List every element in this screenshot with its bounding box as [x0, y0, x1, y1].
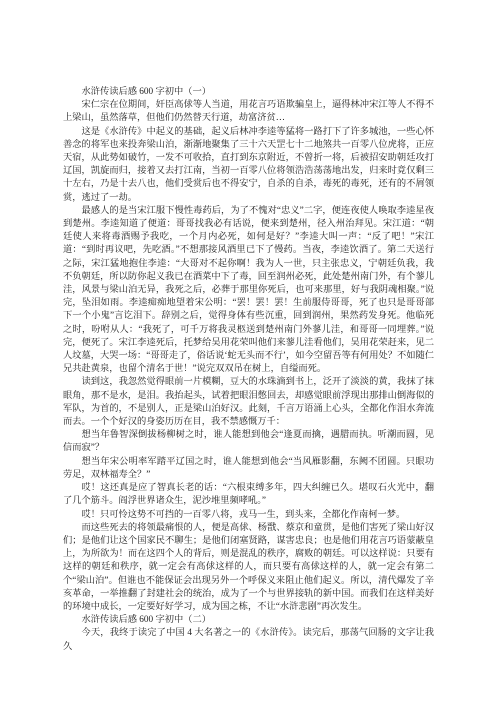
- paragraph: 哎！只可怜这势不可挡的一百零八将，戎马一生，到头来，全都化作南柯一梦。: [63, 509, 434, 522]
- document-page: 水浒传读后感 600 字初中（一） 宋仁宗在位期间，奸臣高俅等人当道，用花言巧语…: [0, 0, 496, 702]
- essay-title-1: 水浒传读后感 600 字初中（一）: [63, 86, 434, 99]
- paragraph: 读到这，我忽然觉得眼前一片模糊，豆大的水珠滴到书上，泛开了淡淡的黄，我抹了抹眼角…: [63, 376, 434, 429]
- paragraph: 而这些死去的将领最痛恨的人，便是高俅、杨戬、蔡京和童贯，是他们害死了梁山好汉们；…: [63, 522, 434, 614]
- paragraph: 想当年宋公明率军踏平辽国之时，谁人能想到他会“当风雁影翻，东阙不团圆。只眼功劳足…: [63, 456, 434, 482]
- paragraph: 这是《水浒传》中起义的基础，起义后林冲李逵等猛将一路打下了许多城池，一些心怀善念…: [63, 126, 434, 205]
- document-body: 水浒传读后感 600 字初中（一） 宋仁宗在位期间，奸臣高俅等人当道，用花言巧语…: [63, 86, 434, 654]
- paragraph: 最感人的是当宋江服下慢性毒药后，为了不愧对“忠义”二字，便连夜使人唤取李逵星夜到…: [63, 205, 434, 377]
- essay-title-2: 水浒传读后感 600 字初中（二）: [63, 614, 434, 627]
- paragraph: 宋仁宗在位期间，奸臣高俅等人当道，用花言巧语欺骗皇上，逼得林冲宋江等人不得不上梁…: [63, 99, 434, 125]
- paragraph: 今天，我终于读完了中国 4 大名著之一的《水浒传》。读完后，那荡气回肠的文字让我…: [63, 627, 434, 653]
- paragraph: 想当年鲁智深倒拔杨柳树之时，谁人能想到他会“逢夏而擒，遇腊而执。听潮而圆，见信而…: [63, 429, 434, 455]
- paragraph: 哎！这还真是应了智真长老的话：“六根束缚多年，四大纠缠已久。堪叹石火光中，翻了几…: [63, 482, 434, 508]
